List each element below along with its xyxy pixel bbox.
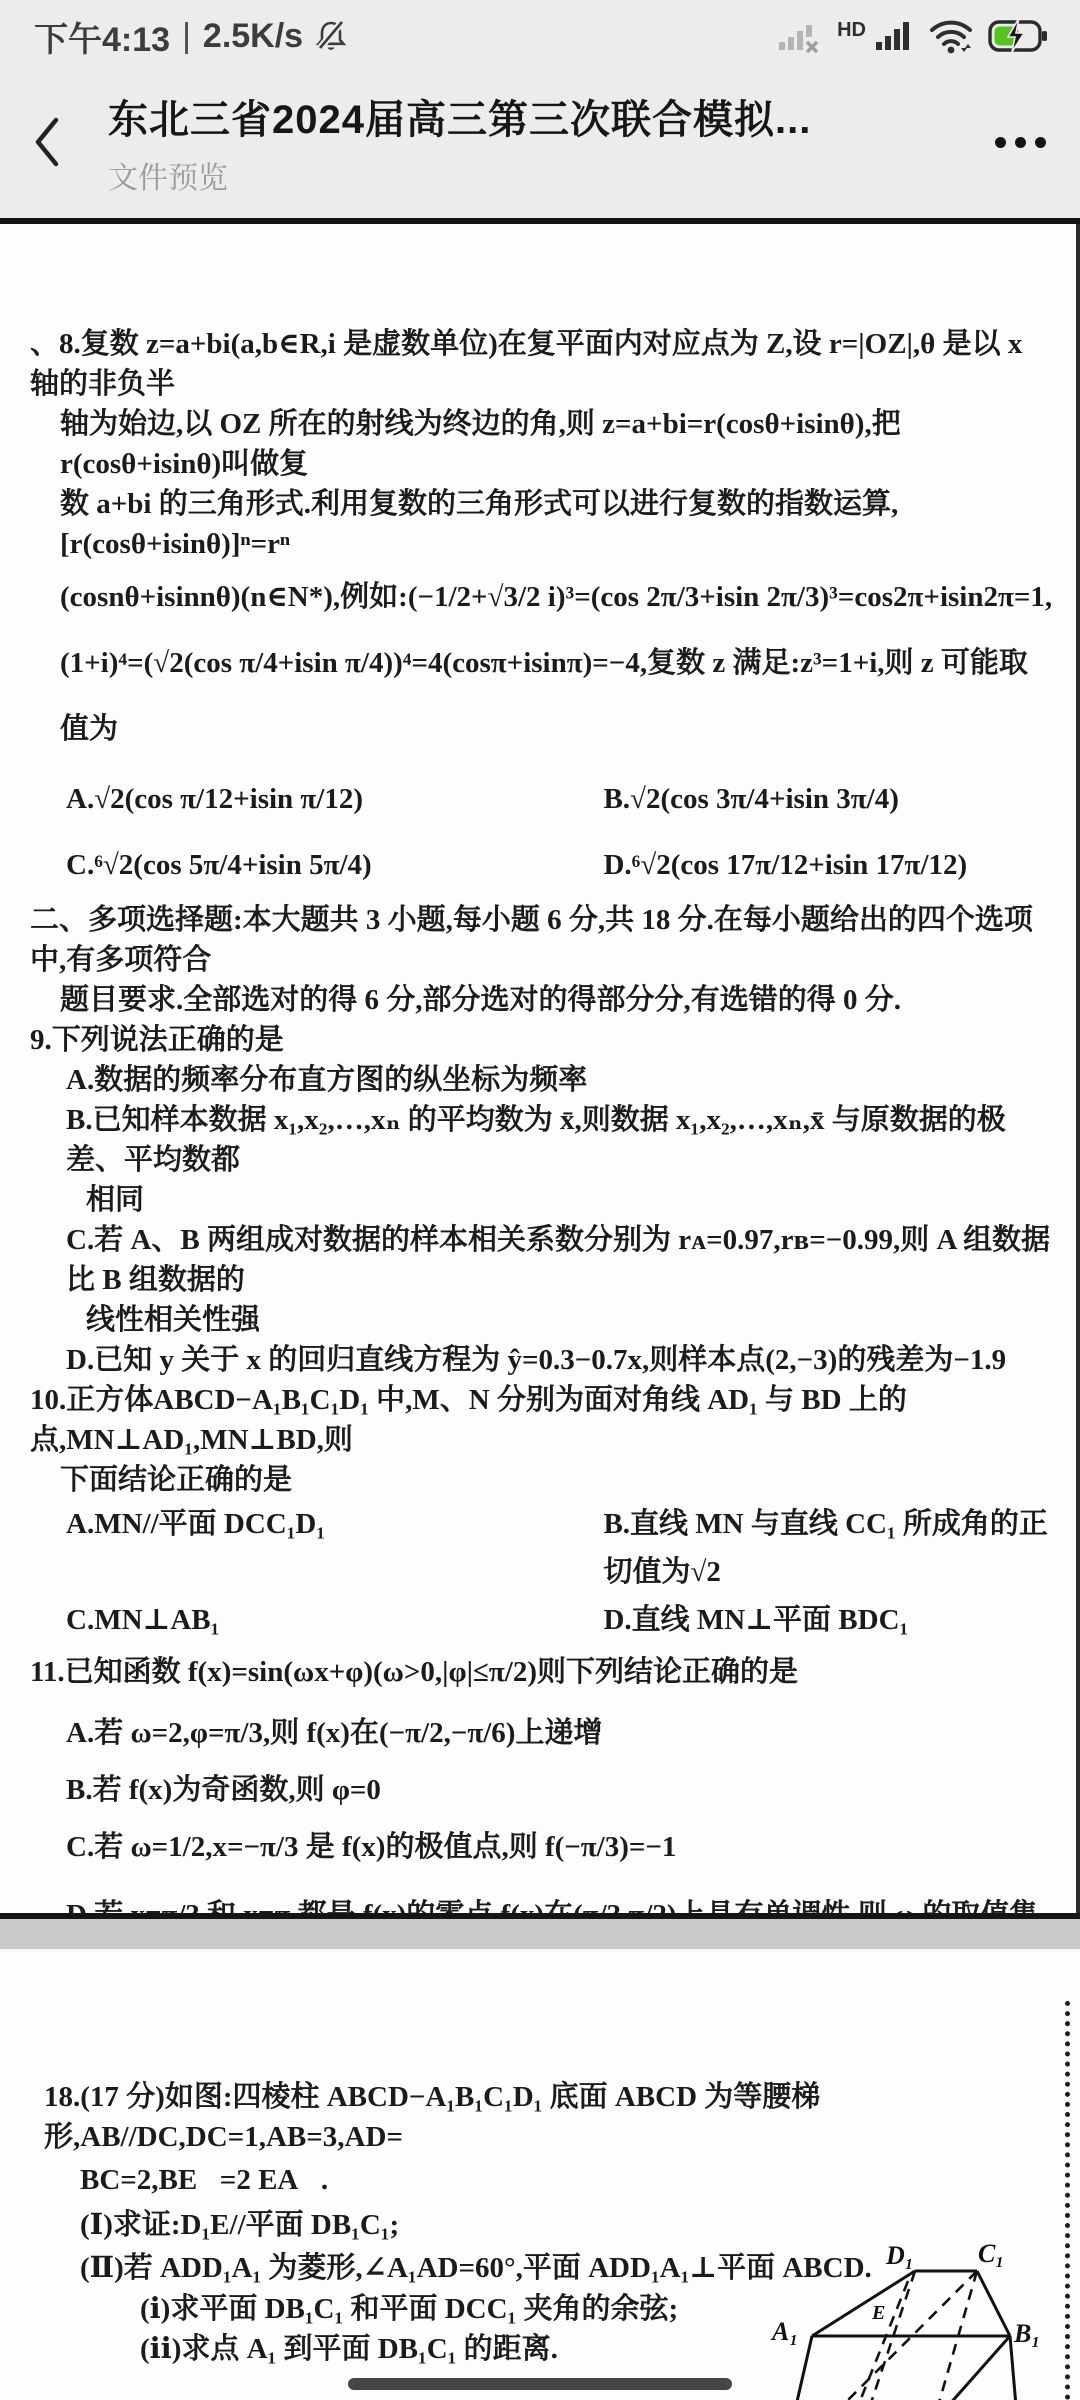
back-chevron-icon — [30, 114, 64, 170]
file-title: 东北三省2024届高三第三次联合模拟... — [108, 88, 991, 145]
q8-line4: (cosnθ+isinnθ)(n∈N*),例如:(−1/2+√3/2 i)³=(… — [30, 564, 1054, 630]
q9-option-b-cont: 相同 — [30, 1180, 1054, 1220]
figure-label-c1: C₁ — [978, 2241, 1004, 2267]
q8-option-d: D.⁶√2(cos 17π/12+isin 17π/12) — [603, 832, 1054, 898]
q8-option-c: C.⁶√2(cos 5π/4+isin 5π/4) — [30, 832, 603, 898]
q11-stem: 11.已知函数 f(x)=sin(ωx+φ)(ω>0,|φ|≤π/2)则下列结论… — [30, 1644, 1054, 1700]
q11-option-a: A.若 ω=2,φ=π/3,则 f(x)在(−π/2,−π/6)上递增 — [30, 1700, 1054, 1766]
phone-screen: 下午4:13 | 2.5K/s — [0, 0, 1080, 2400]
q11-option-b: B.若 f(x)为奇函数,则 φ=0 — [30, 1766, 1054, 1814]
dot-icon — [1035, 137, 1046, 148]
wifi-icon — [928, 16, 974, 56]
q10-option-b: B.直线 MN 与直线 CC₁ 所成角的正切值为√2 — [603, 1500, 1054, 1596]
sim1-no-signal-icon — [777, 16, 823, 56]
q18-line1: 18.(17 分)如图:四棱柱 ABCD−A₁B₁C₁D₁ 底面 ABCD 为等… — [44, 2077, 1054, 2157]
network-speed: 2.5K/s — [203, 17, 303, 56]
mute-bell-icon — [313, 18, 349, 54]
figure-label-d1: D₁ — [886, 2243, 914, 2269]
scrollbar[interactable] — [1076, 224, 1080, 1913]
prism-figure: D₁ C₁ A₁ B₁ E — [770, 2241, 1046, 2400]
q9-option-c-cont: 线性相关性强 — [30, 1300, 1054, 1340]
status-separator: | — [180, 17, 193, 56]
page-subtitle: 文件预览 — [108, 153, 991, 197]
q11-option-d: D.若 x=π/3 和 x=π 都是 f(x)的零点,f(x)在(π/3,π/2… — [30, 1880, 1054, 1913]
hd-volte-signal-icon — [874, 16, 914, 56]
page-separator — [0, 1913, 1080, 1949]
figure-label-b1: B₁ — [1014, 2321, 1040, 2347]
q10-stem-line2: 下面结论正确的是 — [30, 1460, 1054, 1500]
q9-option-d: D.已知 y 关于 x 的回归直线方程为 ŷ=0.3−0.7x,则样本点(2,−… — [30, 1340, 1054, 1380]
q10-stem-line1: 10.正方体ABCD−A₁B₁C₁D₁ 中,M、N 分别为面对角线 AD₁ 与 … — [30, 1380, 1054, 1460]
binding-dotted-line — [1065, 2001, 1070, 2400]
home-indicator[interactable] — [348, 2378, 732, 2390]
q9-option-a: A.数据的频率分布直方图的纵坐标为频率 — [30, 1060, 1054, 1100]
q10-option-d: D.直线 MN⊥平面 BDC₁ — [603, 1596, 1054, 1644]
status-bar: 下午4:13 | 2.5K/s — [0, 0, 1080, 66]
figure-label-a1: A₁ — [772, 2319, 798, 2345]
pdf-page-3: 18.(17 分)如图:四棱柱 ABCD−A₁B₁C₁D₁ 底面 ABCD 为等… — [0, 1949, 1080, 2400]
dot-icon — [1015, 137, 1026, 148]
dot-icon — [995, 137, 1006, 148]
section2-header-line2: 题目要求.全部选对的得 6 分,部分选对的得部分分,有选错的得 0 分. — [30, 980, 1054, 1020]
q10-option-c: C.MN⊥AB₁ — [30, 1596, 603, 1644]
document-viewport[interactable]: 、8.复数 z=a+bi(a,b∈R,i 是虚数单位)在复平面内对应点为 Z,设… — [0, 224, 1080, 2400]
q8-line5: (1+i)⁴=(√2(cos π/4+isin π/4))⁴=4(cosπ+is… — [30, 630, 1054, 762]
clock: 下午4:13 — [34, 12, 170, 61]
battery-charging-icon — [988, 16, 1050, 56]
q8-line2: 轴为始边,以 OZ 所在的射线为终边的角,则 z=a+bi=r(cosθ+isi… — [30, 404, 1054, 484]
q9-option-c: C.若 A、B 两组成对数据的样本相关系数分别为 rᴀ=0.97,rʙ=−0.9… — [30, 1220, 1054, 1300]
section2-header-line1: 二、多项选择题:本大题共 3 小题,每小题 6 分,共 18 分.在每小题给出的… — [30, 900, 1054, 980]
q8-line3: 数 a+bi 的三角形式.利用复数的三角形式可以进行复数的指数运算,[r(cos… — [30, 484, 1054, 564]
q18-line2: BC=2,BE⃗=2 EA⃗. — [44, 2157, 1054, 2203]
q11-option-c: C.若 ω=1/2,x=−π/3 是 f(x)的极值点,则 f(−π/3)=−1 — [30, 1814, 1054, 1880]
q10-option-a: A.MN//平面 DCC₁D₁ — [30, 1500, 603, 1596]
q8-option-a: A.√2(cos π/12+isin π/12) — [30, 766, 603, 832]
q9-option-b: B.已知样本数据 x₁,x₂,…,xₙ 的平均数为 x̄,则数据 x₁,x₂,…… — [30, 1100, 1054, 1180]
more-options-button[interactable] — [991, 127, 1050, 158]
back-button[interactable] — [30, 107, 90, 177]
figure-label-e: E — [872, 2303, 885, 2323]
hd-volte-badge: HD — [837, 19, 866, 42]
q8-option-b: B.√2(cos 3π/4+isin 3π/4) — [603, 766, 1054, 832]
app-header: 东北三省2024届高三第三次联合模拟... 文件预览 — [0, 66, 1080, 218]
q9-stem: 9.下列说法正确的是 — [30, 1020, 1054, 1060]
q8-line1: 、8.复数 z=a+bi(a,b∈R,i 是虚数单位)在复平面内对应点为 Z,设… — [30, 324, 1054, 404]
pdf-page-2: 、8.复数 z=a+bi(a,b∈R,i 是虚数单位)在复平面内对应点为 Z,设… — [0, 224, 1080, 1913]
